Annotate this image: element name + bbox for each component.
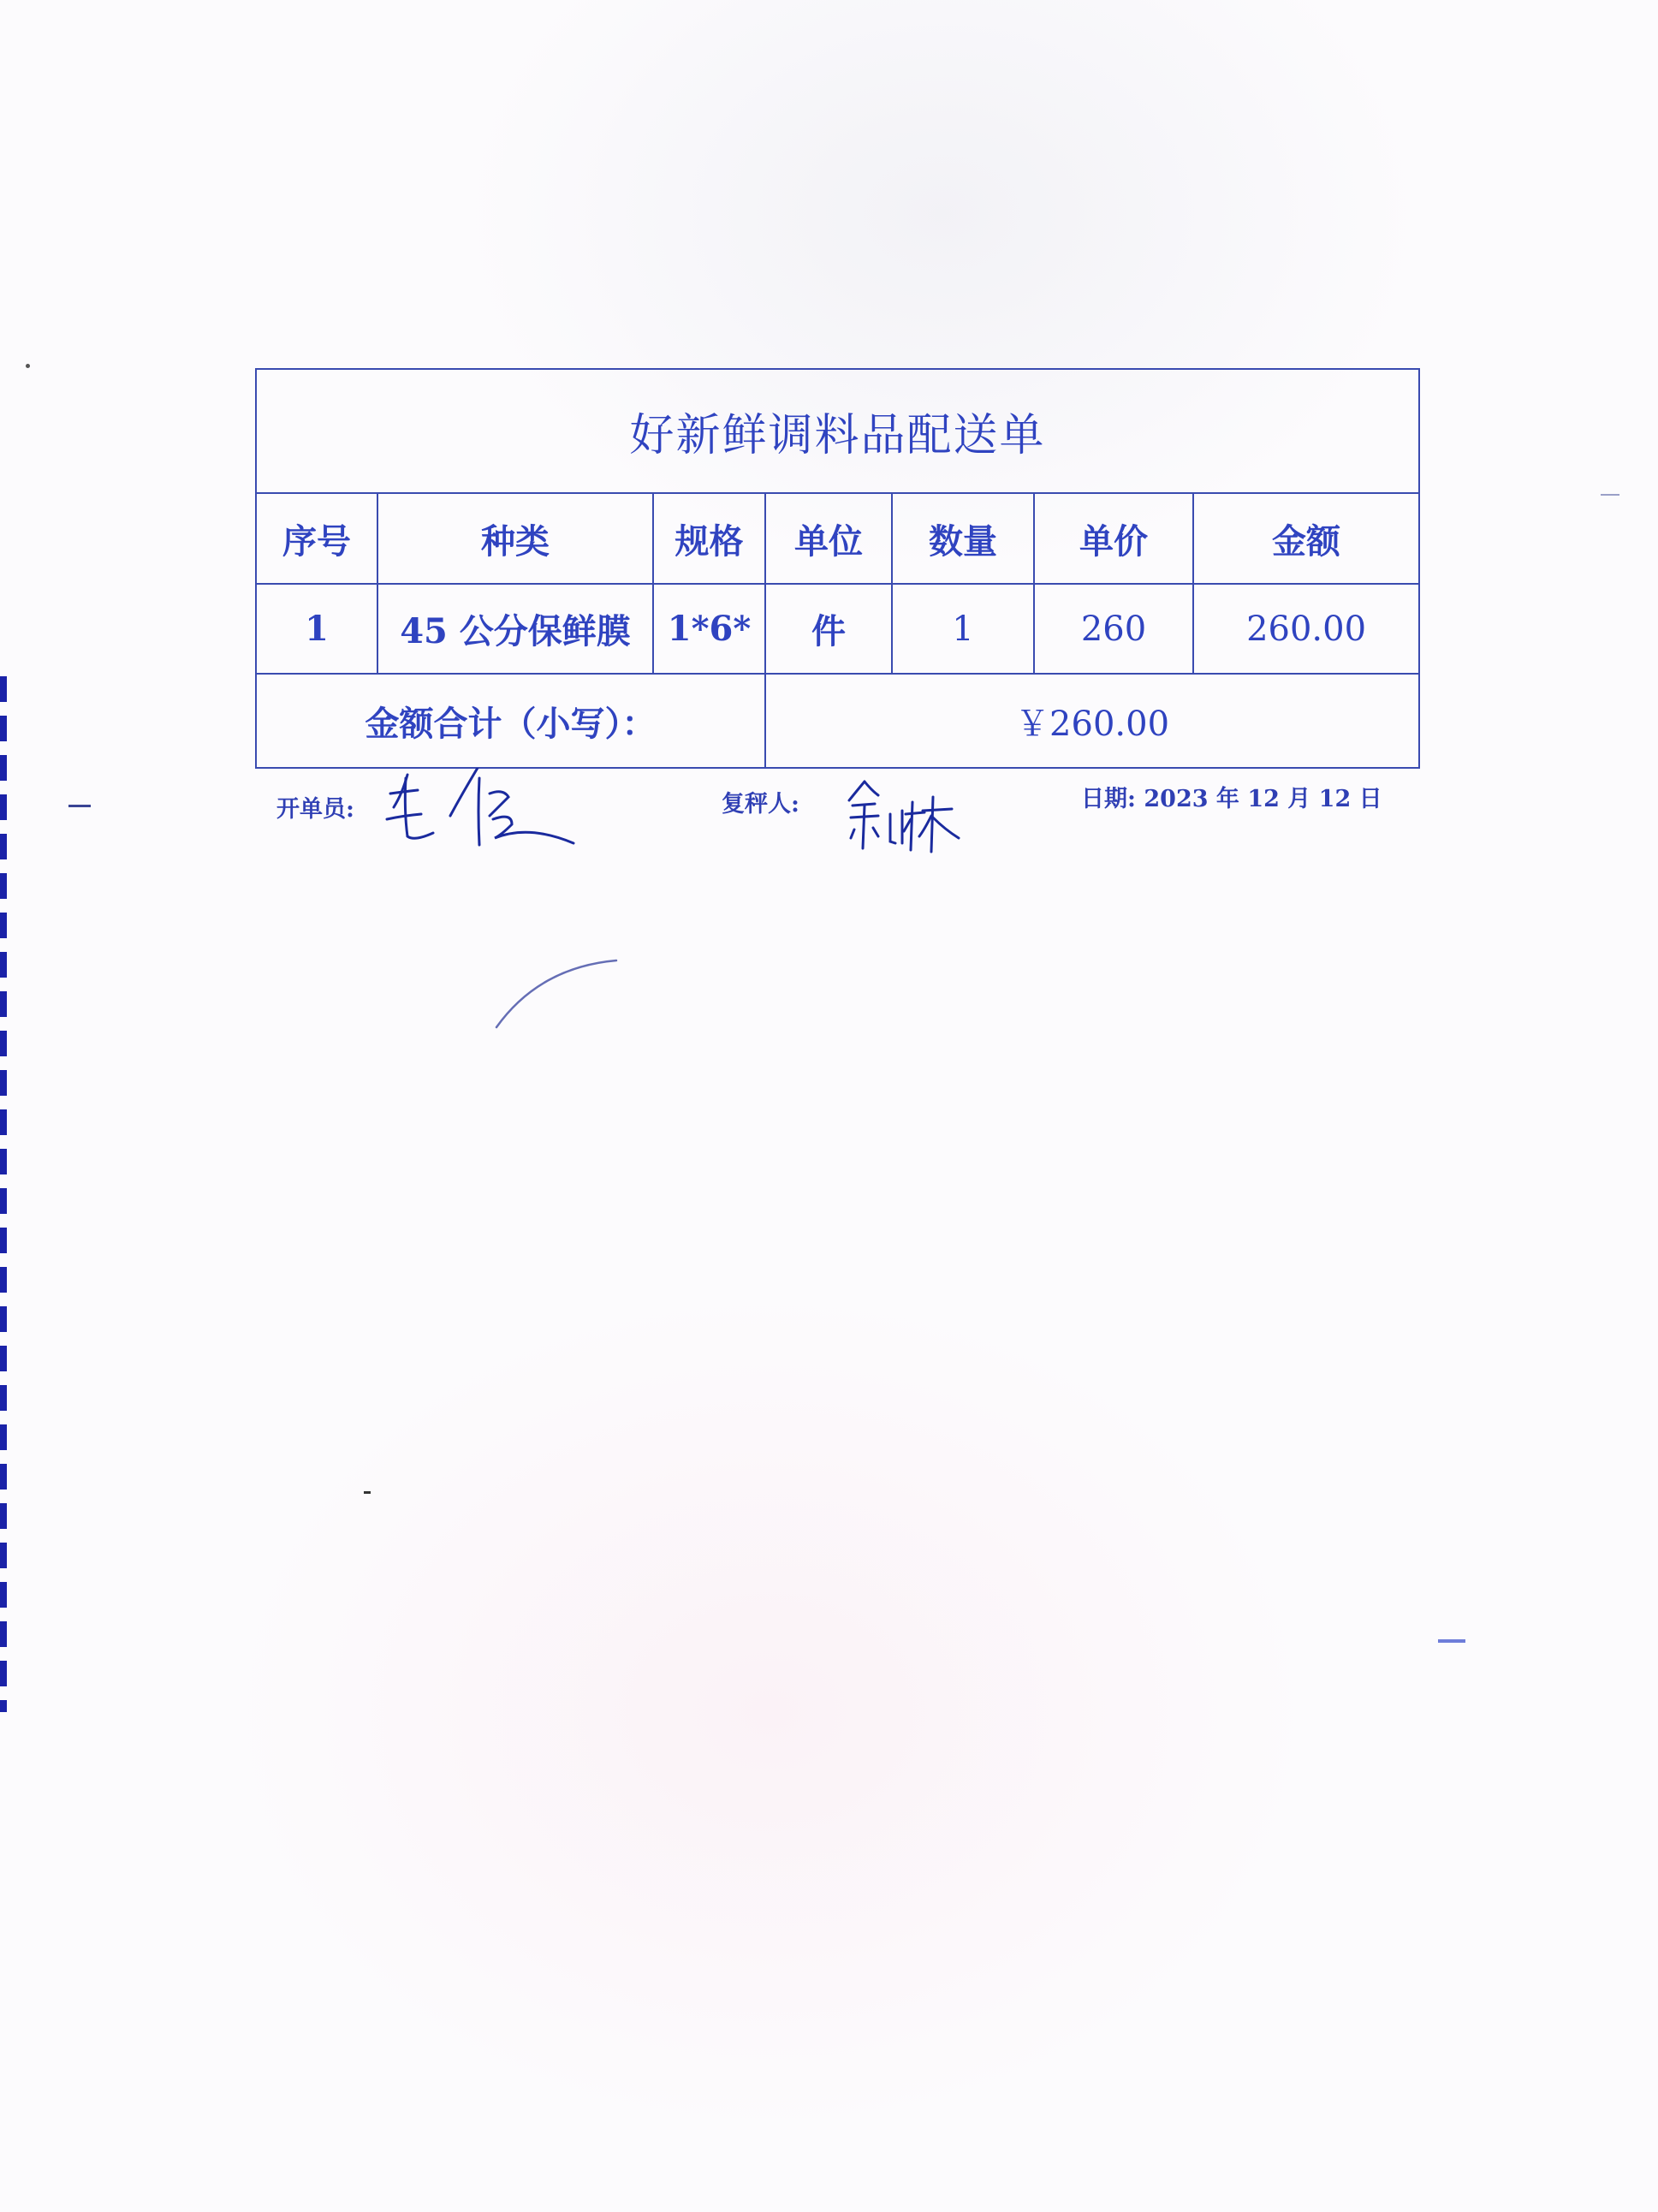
col-header-qty: 数量 — [892, 493, 1034, 584]
date-text: 日期: 2023 年 12 月 12 日 — [1081, 780, 1382, 813]
cell-unit: 件 — [765, 584, 892, 674]
document-title: 好新鲜调料品配送单 — [256, 369, 1419, 493]
paper-background — [0, 0, 1658, 2212]
delivery-slip: 好新鲜调料品配送单 序号 种类 规格 单位 数量 单价 金额 1 45 公分保鲜… — [255, 368, 1418, 769]
total-row: 金额合计（小写）： ￥260.00 — [256, 674, 1419, 768]
reviewer-label: 复秤人: — [722, 785, 799, 818]
cell-seq: 1 — [256, 584, 377, 674]
delivery-table: 好新鲜调料品配送单 序号 种类 规格 单位 数量 单价 金额 1 45 公分保鲜… — [255, 368, 1420, 769]
col-header-unit-price: 单价 — [1034, 493, 1193, 584]
stray-mark — [1438, 1639, 1465, 1643]
col-header-spec: 规格 — [653, 493, 765, 584]
table-header-row: 序号 种类 规格 单位 数量 单价 金额 — [256, 493, 1419, 584]
col-header-seq: 序号 — [256, 493, 377, 584]
cell-qty: 1 — [892, 584, 1034, 674]
issuer-signature — [383, 768, 580, 853]
total-label: 金额合计（小写）： — [256, 674, 765, 768]
signature-footer: 开单员: 复秤人: — [255, 775, 1418, 869]
pen-mark — [488, 950, 625, 1044]
stray-dot — [364, 1491, 371, 1494]
table-row: 1 45 公分保鲜膜 1*6* 件 1 260 260.00 — [256, 584, 1419, 674]
stray-dot — [26, 364, 30, 368]
col-header-unit: 单位 — [765, 493, 892, 584]
reviewer-signature — [846, 776, 966, 855]
cell-item: 45 公分保鲜膜 — [377, 584, 653, 674]
col-header-item: 种类 — [377, 493, 653, 584]
cell-unit-price: 260 — [1034, 584, 1193, 674]
stray-mark — [1601, 494, 1619, 496]
col-header-amount: 金额 — [1193, 493, 1419, 584]
cell-amount: 260.00 — [1193, 584, 1419, 674]
total-value: ￥260.00 — [765, 674, 1419, 768]
perforated-edge — [0, 676, 7, 1712]
issuer-label: 开单员: — [276, 790, 354, 824]
cell-spec: 1*6* — [653, 584, 765, 674]
stray-mark — [68, 805, 91, 807]
